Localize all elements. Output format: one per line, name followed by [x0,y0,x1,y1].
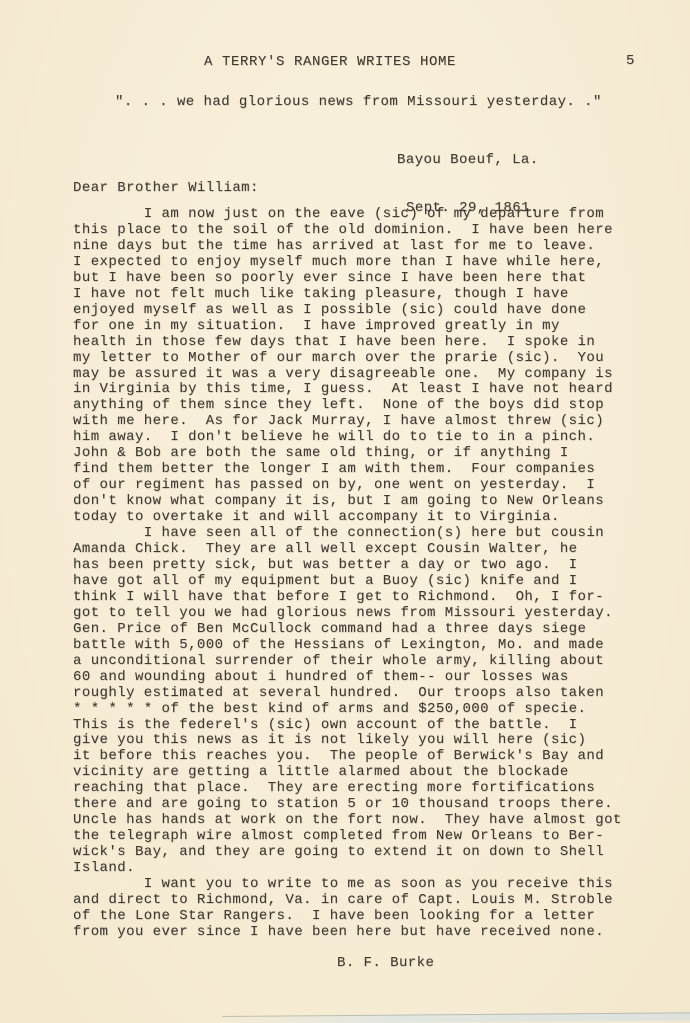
page-number: 5 [626,54,635,70]
epigraph-quote: ". . . we had glorious news from Missour… [115,95,602,111]
letter-body: I am now just on the eave (sic) of my de… [73,207,622,941]
scan-edge-artifact [222,1012,690,1023]
letter-page: A TERRY'S RANGER WRITES HOME 5 ". . . we… [0,0,690,1023]
salutation: Dear Brother William: [73,181,259,197]
signature: B. F. Burke [337,956,434,972]
dateline-place: Bayou Boeuf, La. [397,153,539,169]
page-title: A TERRY'S RANGER WRITES HOME [204,55,456,71]
